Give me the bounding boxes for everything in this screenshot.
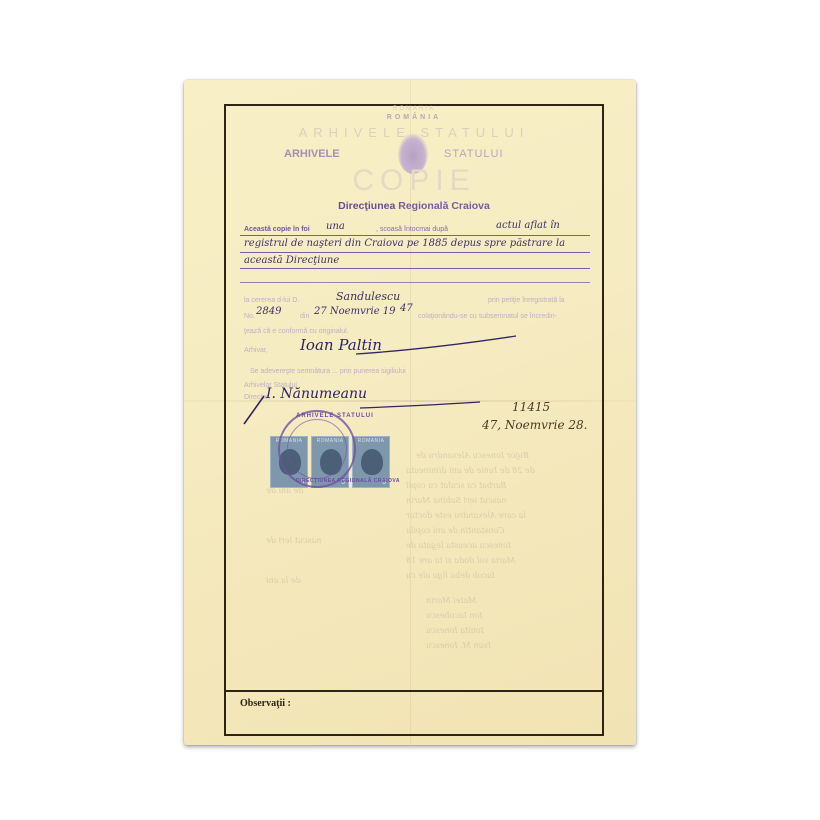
intro-label: Această copie în foi [244, 226, 310, 233]
observations-label: Observaţii : [240, 698, 291, 709]
ruled-line [240, 268, 590, 269]
country-name: ROMÂNIA [226, 114, 602, 121]
reg-label: No. [244, 313, 255, 320]
ruled-line [240, 252, 590, 253]
outgoing-number: 11415 [512, 400, 550, 414]
source-line-2: registrul de naşteri din Craiova pe 1885… [244, 238, 565, 249]
attest-text: Se adevereşte semnătura ... prin punerea… [250, 368, 406, 375]
archive-title-right: STATULUI [444, 148, 504, 160]
directorate-title: Direcţiunea Regională Craiova [226, 200, 602, 212]
seal-text-top: ARHIVELE STATULUI [296, 413, 374, 419]
collated-text: colaţionându-se cu subsemnatul se încred… [418, 313, 557, 320]
ruled-line [240, 282, 590, 283]
directorate-rest: Regională Craiova [398, 200, 490, 212]
reg-date: 27 Noemvrie 19 [314, 306, 396, 317]
copy-watermark: COPIE [226, 164, 602, 198]
archivist-label: Arhivar, [244, 347, 268, 354]
source-line-1: actul aflat în [496, 220, 560, 231]
document-frame: ROMANIA ROMÂNIA ARHIVELE STATULUI ARHIVE… [224, 104, 604, 736]
requester-label: la cererea d-lui D. [244, 297, 299, 304]
signature-flourish [356, 332, 516, 362]
sheets-count: una [326, 221, 345, 232]
observations-divider [226, 690, 602, 692]
source-line-3: această Direcţiune [244, 255, 339, 266]
directorate-bold: Direcţiunea [338, 200, 395, 212]
reg-number: 2849 [256, 306, 281, 317]
country-small: ROMANIA [226, 106, 602, 112]
ruled-line [240, 235, 590, 236]
outgoing-date: 47, Noemvrie 28. [482, 418, 587, 432]
conform-text: ţează că e conformă cu originalul. [244, 328, 349, 335]
reg-date-label: din [300, 313, 309, 320]
intro-mid: , scoasă întocmai după [376, 226, 448, 233]
archive-title-left: ARHIVELE [284, 148, 340, 160]
document-paper: ROMANIA ROMÂNIA ARHIVELE STATULUI ARHIVE… [184, 80, 636, 745]
director-signature: I. Nănumeanu [266, 386, 367, 402]
requester-name: Sandulescu [336, 290, 400, 303]
official-seal-icon [278, 410, 356, 488]
portrait-icon [361, 449, 383, 475]
petition-text: prin petiţie înregistrată la [488, 297, 565, 304]
seal-text-bottom: DIRECŢIUNEA REGIONALĂ CRAIOVA [296, 478, 400, 484]
reg-year: 47 [400, 303, 413, 314]
